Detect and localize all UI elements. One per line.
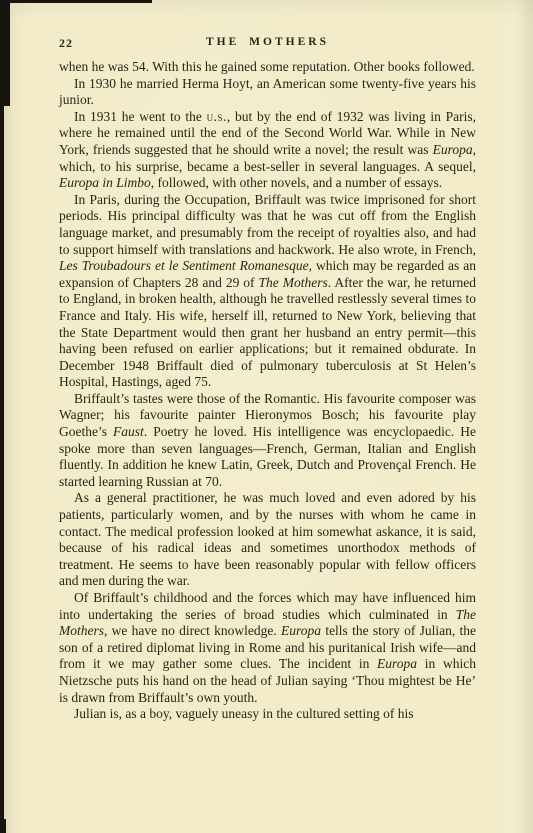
running-title: THE MOTHERS: [59, 36, 476, 48]
paragraph: Of Briffault’s childhood and the forces …: [59, 590, 476, 706]
paragraph: Julian is, as a boy, vaguely uneasy in t…: [59, 706, 476, 723]
paragraph: In 1930 he married Herma Hoyt, an Americ…: [59, 76, 476, 109]
paragraph: In 1931 he went to the u.s., but by the …: [59, 109, 476, 192]
paragraph: when he was 54. With this he gained some…: [59, 59, 476, 76]
page-header: 22 THE MOTHERS: [59, 36, 476, 50]
scan-edge-left-top: [0, 0, 10, 106]
scan-edge-left: [0, 0, 4, 833]
scan-edge-top: [0, 0, 152, 3]
paragraph: Briffault’s tastes were those of the Rom…: [59, 391, 476, 491]
paragraph: In Paris, during the Occupation, Briffau…: [59, 192, 476, 391]
page-body: when he was 54. With this he gained some…: [59, 59, 476, 723]
book-page-scan: 22 THE MOTHERS when he was 54. With this…: [0, 0, 533, 833]
paragraph: As a general practitioner, he was much l…: [59, 490, 476, 590]
scan-edge-bottom-left: [0, 819, 6, 833]
